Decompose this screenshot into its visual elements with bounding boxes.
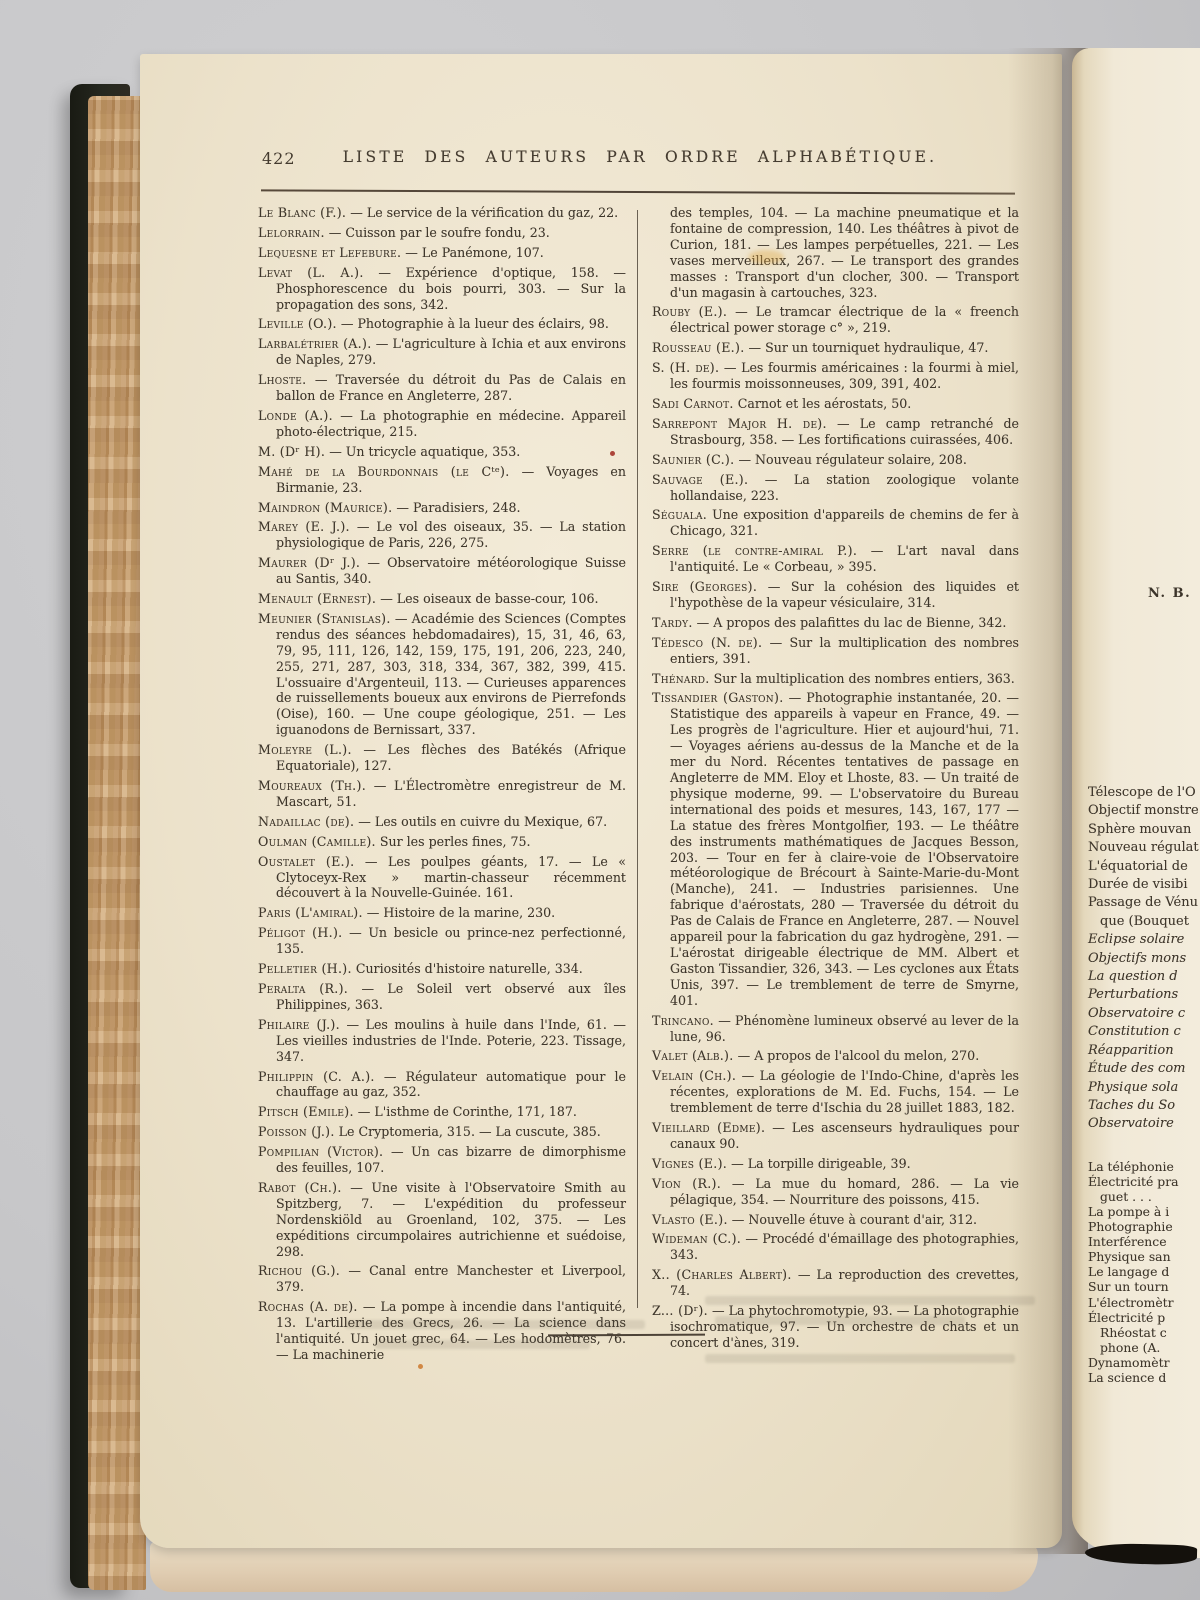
index-entry: des temples, 104. — La machine pneumatiq… (652, 205, 1019, 300)
book-cover-bottom-sliver (1085, 1543, 1197, 1566)
entry-references: — Sur un tourniquet hydraulique, 47. (749, 340, 989, 355)
index-entry: Menault (Ernest). — Les oiseaux de basse… (258, 591, 626, 607)
entry-references: — Les outils en cuivre du Mexique, 67. (358, 814, 607, 829)
author-name: Philippin (C. A.). (258, 1069, 375, 1084)
text-line: guet . . . (1088, 1189, 1200, 1204)
entry-references: Carnot et les aérostats, 50. (738, 396, 912, 411)
index-entry: Velain (Ch.). — La géologie de l'Indo-Ch… (652, 1068, 1019, 1116)
show-through-ghost (715, 1316, 965, 1325)
index-entry: Meunier (Stanislas). — Académie des Scie… (258, 611, 626, 738)
index-column-left: Le Blanc (F.). — Le service de la vérifi… (258, 205, 626, 1367)
text-line: La question d (1088, 968, 1200, 986)
entry-references: — Paradisiers, 248. (396, 500, 520, 515)
header-rule (261, 189, 1015, 194)
index-entry: Rabot (Ch.). — Une visite à l'Observatoi… (258, 1180, 626, 1260)
author-name: Nadaillac (de). (258, 814, 354, 829)
author-name: Z... (Dʳ). (652, 1303, 708, 1318)
index-entry: S. (H. de). — Les fourmis américaines : … (652, 360, 1019, 392)
author-name: Velain (Ch.). (652, 1068, 736, 1083)
index-entry: Lequesne et Lefebure. — Le Panémone, 107… (258, 245, 626, 261)
text-line: Observatoire c (1088, 1005, 1200, 1023)
index-entry: Tédesco (N. de). — Sur la multiplication… (652, 635, 1019, 667)
text-line: La science d (1088, 1370, 1200, 1385)
right-page: N. B. Télescope de l'OObjectif monstreSp… (1072, 48, 1200, 1558)
index-entry: Nadaillac (de). — Les outils en cuivre d… (258, 814, 626, 830)
index-entry: Marey (E. J.). — Le vol des oiseaux, 35.… (258, 519, 626, 551)
entry-references: — Académie des Sciences (Comptes rendus … (276, 611, 626, 737)
index-entry: Leville (O.). — Photographie à la lueur … (258, 316, 626, 332)
author-name: Larbalétrier (A.). (258, 336, 372, 351)
text-line: Étude des com (1088, 1060, 1200, 1078)
author-name: Thénard. (652, 671, 710, 686)
index-entry: Maindron (Maurice). — Paradisiers, 248. (258, 500, 626, 516)
author-name: Mahé de la Bourdonnais (le Cᵗᵉ). (258, 464, 510, 479)
entry-references: — Nouveau régulateur solaire, 208. (738, 452, 966, 467)
index-entry: Vion (R.). — La mue du homard, 286. — La… (652, 1176, 1019, 1208)
author-name: Sire (Georges). (652, 579, 757, 594)
index-entry: Thénard. Sur la multiplication des nombr… (652, 671, 1019, 687)
author-name: Oulman (Camille). (258, 834, 376, 849)
entry-references: — La torpille dirigeable, 39. (731, 1156, 910, 1171)
text-line: Observatoire (1088, 1115, 1200, 1133)
author-name: Tédesco (N. de). (652, 635, 762, 650)
author-name: Maindron (Maurice). (258, 500, 392, 515)
index-entry: Levat (L. A.). — Expérience d'optique, 1… (258, 265, 626, 313)
page-number: 422 (262, 149, 296, 168)
index-entry: Oustalet (E.). — Les poulpes géants, 17.… (258, 854, 626, 902)
index-entry: M. (Dʳ H). — Un tricycle aquatique, 353. (258, 444, 626, 460)
text-line: Électricité p (1088, 1310, 1200, 1325)
author-name: Menault (Ernest). (258, 591, 376, 606)
text-line: Objectif monstre (1088, 802, 1200, 820)
index-entry: X.. (Charles Albert). — La reproduction … (652, 1267, 1019, 1299)
author-name: Poisson (J.). (258, 1124, 335, 1139)
entry-references: — A propos des palafittes du lac de Bien… (697, 615, 1007, 630)
index-entry: Rousseau (E.). — Sur un tourniquet hydra… (652, 340, 1019, 356)
entry-references: — Les oiseaux de basse-cour, 106. (380, 591, 598, 606)
entry-references: — Phénomène lumineux observé au lever de… (670, 1013, 1019, 1044)
author-name: Valet (Alb.). (652, 1048, 734, 1063)
index-entry: Rochas (A. de). — La pompe à incendie da… (258, 1299, 626, 1363)
author-name: Peralta (R.). (258, 981, 348, 996)
author-name: Philaire (J.). (258, 1017, 340, 1032)
text-line: Sur un tourn (1088, 1279, 1200, 1294)
index-entry: Sarrepont Major H. de). — Le camp retran… (652, 416, 1019, 448)
index-entry: Sire (Georges). — Sur la cohésion des li… (652, 579, 1019, 611)
text-line: L'électromètr (1088, 1295, 1200, 1310)
index-entry: Mahé de la Bourdonnais (le Cᵗᵉ). — Voyag… (258, 464, 626, 496)
index-column-right: des temples, 104. — La machine pneumatiq… (652, 205, 1019, 1355)
entry-references: — La mue du homard, 286. — La vie pélagi… (670, 1176, 1019, 1207)
text-line: que (Bouquet (1088, 913, 1200, 931)
index-entry: Pelletier (H.). Curiosités d'histoire na… (258, 961, 626, 977)
text-line: La téléphonie (1088, 1159, 1200, 1174)
index-entry: Lhoste. — Traversée du détroit du Pas de… (258, 372, 626, 404)
text-line: Dynamomètr (1088, 1355, 1200, 1370)
text-line: Physique san (1088, 1249, 1200, 1264)
author-name: Wideman (C.). (652, 1231, 741, 1246)
author-name: Rouby (E.). (652, 304, 727, 319)
text-line: Rhéostat c (1088, 1325, 1200, 1340)
page-title: LISTE DES AUTEURS PAR ORDRE ALPHABÉTIQUE… (330, 148, 950, 166)
text-line: Photographie (1088, 1219, 1200, 1234)
author-name: S. (H. de). (652, 360, 719, 375)
text-line: Perturbations (1088, 986, 1200, 1004)
author-name: Tissandier (Gaston). (652, 690, 784, 705)
ink-speck (418, 1364, 423, 1369)
author-name: Rabot (Ch.). (258, 1180, 342, 1195)
author-name: Levat (L. A.). (258, 265, 364, 280)
entry-references: — L'isthme de Corinthe, 171, 187. (358, 1104, 577, 1119)
show-through-ghost (375, 1340, 590, 1349)
author-name: Tardy. (652, 615, 693, 630)
author-name: Marey (E. J.). (258, 519, 350, 534)
index-entry: Serre (le contre-amiral P.). — L'art nav… (652, 543, 1019, 575)
entry-references: Sur les perles fines, 75. (380, 834, 531, 849)
author-name: Rochas (A. de). (258, 1299, 358, 1314)
author-name: Oustalet (E.). (258, 854, 354, 869)
text-line: Télescope de l'O (1088, 784, 1200, 802)
author-name: Londe (A.). (258, 408, 333, 423)
index-entry: Moleyre (L.). — Les flèches des Batékés … (258, 742, 626, 774)
page-fore-edges (88, 96, 146, 1590)
index-entry: Valet (Alb.). — A propos de l'alcool du … (652, 1048, 1019, 1064)
entry-references: — Cuisson par le soufre fondu, 23. (329, 225, 550, 240)
entry-references: Curiosités d'histoire naturelle, 334. (356, 961, 583, 976)
author-name: Richou (G.). (258, 1263, 340, 1278)
entry-references: — Le service de la vérification du gaz, … (350, 205, 618, 220)
author-name: Vignes (E.). (652, 1156, 727, 1171)
index-entry: Poisson (J.). Le Cryptomeria, 315. — La … (258, 1124, 626, 1140)
nb-note: N. B. (1148, 586, 1191, 601)
author-name: Pompilian (Victor). (258, 1144, 383, 1159)
index-entry: Sadi Carnot. Carnot et les aérostats, 50… (652, 396, 1019, 412)
text-line: Taches du So (1088, 1097, 1200, 1115)
index-entry: Péligot (H.). — Un besicle ou prince-nez… (258, 925, 626, 957)
index-entry: Londe (A.). — La photographie en médecin… (258, 408, 626, 440)
author-name: M. (Dʳ H). (258, 444, 325, 459)
author-name: Vlasto (E.). (652, 1212, 728, 1227)
index-entry: Tissandier (Gaston). — Photographie inst… (652, 690, 1019, 1008)
column-divider-rule (637, 210, 638, 1308)
text-line: Durée de visibi (1088, 876, 1200, 894)
text-line: Nouveau régulat (1088, 839, 1200, 857)
index-entry: Philippin (C. A.). — Régulateur automati… (258, 1069, 626, 1101)
entry-references: Une exposition d'appareils de chemins de… (670, 507, 1019, 538)
index-entry: Trincano. — Phénomène lumineux observé a… (652, 1013, 1019, 1045)
text-line: Sphère mouvan (1088, 821, 1200, 839)
index-entry: Rouby (E.). — Le tramcar électrique de l… (652, 304, 1019, 336)
entry-references: — Nouvelle étuve à courant d'air, 312. (732, 1212, 977, 1227)
index-entry: Vlasto (E.). — Nouvelle étuve à courant … (652, 1212, 1019, 1228)
index-entry: Moureaux (Th.). — L'Électromètre enregis… (258, 778, 626, 810)
index-entry: Lelorrain. — Cuisson par le soufre fondu… (258, 225, 626, 241)
author-name: Trincano. (652, 1013, 714, 1028)
text-line: Le langage d (1088, 1264, 1200, 1279)
entry-references: Le Cryptomeria, 315. — La cuscute, 385. (339, 1124, 601, 1139)
author-name: Sadi Carnot. (652, 396, 734, 411)
index-entry: Pompilian (Victor). — Un cas bizarre de … (258, 1144, 626, 1176)
entry-references: — Photographie à la lueur des éclairs, 9… (341, 316, 609, 331)
index-entry: Richou (G.). — Canal entre Manchester et… (258, 1263, 626, 1295)
author-name: Moureaux (Th.). (258, 778, 366, 793)
text-line: Objectifs mons (1088, 950, 1200, 968)
author-name: Saunier (C.). (652, 452, 734, 467)
text-line: Électricité pra (1088, 1174, 1200, 1189)
entry-references: Sur la multiplication des nombres entier… (714, 671, 1015, 686)
author-name: Vion (R.). (652, 1176, 721, 1191)
index-entry: Vignes (E.). — La torpille dirigeable, 3… (652, 1156, 1019, 1172)
index-entry: Saunier (C.). — Nouveau régulateur solai… (652, 452, 1019, 468)
text-line: phone (A. (1088, 1340, 1200, 1355)
index-entry: Vieillard (Edme). — Les ascenseurs hydra… (652, 1120, 1019, 1152)
text-line: Physique sola (1088, 1079, 1200, 1097)
author-name: Lhoste. (258, 372, 306, 387)
entry-references: — Traversée du détroit du Pas de Calais … (276, 372, 626, 403)
index-entry: Paris (L'amiral). — Histoire de la marin… (258, 905, 626, 921)
entry-references: — A propos de l'alcool du melon, 270. (738, 1048, 980, 1063)
author-name: Péligot (H.). (258, 925, 342, 940)
author-name: Séguala. (652, 507, 707, 522)
right-page-text-fragment: Télescope de l'OObjectif monstreSphère m… (1088, 784, 1200, 1385)
entry-references: des temples, 104. — La machine pneumatiq… (670, 205, 1019, 300)
author-name: Meunier (Stanislas). (258, 611, 391, 626)
author-name: Pelletier (H.). (258, 961, 352, 976)
show-through-ghost (705, 1296, 1035, 1305)
author-name: X.. (Charles Albert). (652, 1267, 792, 1282)
ink-speck (610, 451, 615, 456)
index-entry: Oulman (Camille). Sur les perles fines, … (258, 834, 626, 850)
text-line: Interférence (1088, 1234, 1200, 1249)
index-entry: Philaire (J.). — Les moulins à huile dan… (258, 1017, 626, 1065)
author-name: Leville (O.). (258, 316, 337, 331)
index-entry: Pitsch (Emile). — L'isthme de Corinthe, … (258, 1104, 626, 1120)
author-name: Rousseau (E.). (652, 340, 745, 355)
index-entry: Peralta (R.). — Le Soleil vert observé a… (258, 981, 626, 1013)
author-name: Serre (le contre-amiral P.). (652, 543, 857, 558)
author-name: Maurer (Dʳ J.). (258, 555, 360, 570)
paper-stain (748, 250, 784, 264)
index-entry: Larbalétrier (A.). — L'agriculture à Ich… (258, 336, 626, 368)
author-name: Lequesne et Lefebure. (258, 245, 401, 260)
author-name: Moleyre (L.). (258, 742, 352, 757)
entry-references: — La phytochromotypie, 93. — La photogra… (670, 1303, 1019, 1350)
index-entry: Le Blanc (F.). — Le service de la vérifi… (258, 205, 626, 221)
entry-references: — Le Panémone, 107. (405, 245, 544, 260)
entry-references: — Un tricycle aquatique, 353. (329, 444, 520, 459)
photo-of-open-book: 422 LISTE DES AUTEURS PAR ORDRE ALPHABÉT… (0, 0, 1200, 1600)
text-line: Passage de Vénu (1088, 894, 1200, 912)
text-line: Eclipse solaire (1088, 931, 1200, 949)
author-name: Le Blanc (F.). (258, 205, 346, 220)
show-through-ghost (345, 1320, 645, 1329)
index-entry: Maurer (Dʳ J.). — Observatoire météorolo… (258, 555, 626, 587)
index-entry: Sauvage (E.). — La station zoologique vo… (652, 472, 1019, 504)
page-bottom-edges (150, 1542, 1038, 1592)
text-line: La pompe à i (1088, 1204, 1200, 1219)
entry-references: — Photographie instantanée, 20. — Statis… (670, 690, 1019, 1007)
index-entry: Tardy. — A propos des palafittes du lac … (652, 615, 1019, 631)
entry-references: — Les fourmis américaines : la fourmi à … (670, 360, 1019, 391)
index-entry: Wideman (C.). — Procédé d'émaillage des … (652, 1231, 1019, 1263)
entry-references: — Histoire de la marine, 230. (367, 905, 555, 920)
index-entry: Séguala. Une exposition d'appareils de c… (652, 507, 1019, 539)
author-name: Pitsch (Emile). (258, 1104, 354, 1119)
author-name: Lelorrain. (258, 225, 325, 240)
author-name: Sarrepont Major H. de). (652, 416, 827, 431)
left-page: 422 LISTE DES AUTEURS PAR ORDRE ALPHABÉT… (140, 54, 1062, 1548)
index-entry: Z... (Dʳ). — La phytochromotypie, 93. — … (652, 1303, 1019, 1351)
author-name: Vieillard (Edme). (652, 1120, 765, 1135)
text-line: L'équatorial de (1088, 858, 1200, 876)
author-name: Paris (L'amiral). (258, 905, 363, 920)
author-name: Sauvage (E.). (652, 472, 748, 487)
text-line: Réapparition (1088, 1042, 1200, 1060)
text-line: Constitution c (1088, 1023, 1200, 1041)
show-through-ghost (705, 1354, 1015, 1363)
